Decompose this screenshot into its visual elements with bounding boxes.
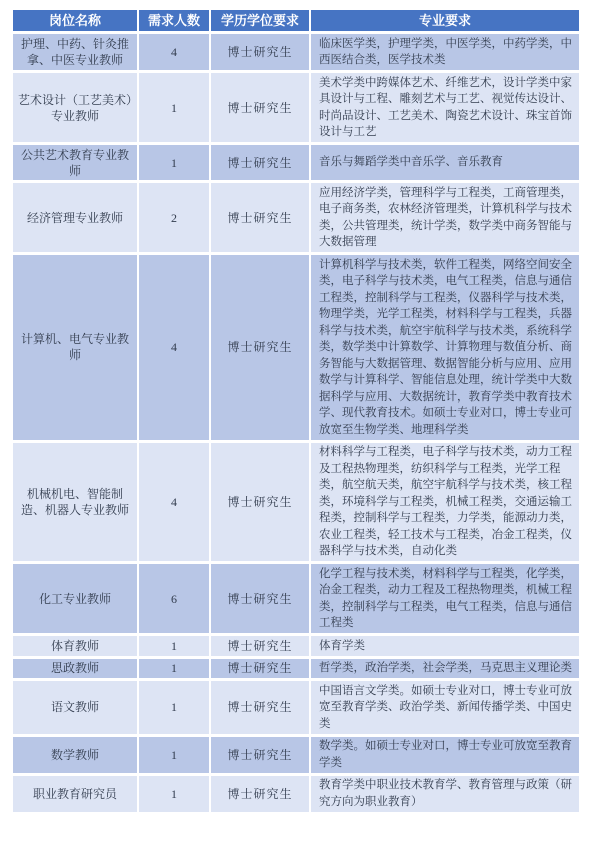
majors-cell: 教育学类中职业技术教育学、教育管理与政策（研究方向为职业教育） bbox=[311, 776, 579, 812]
count-cell: 6 bbox=[139, 564, 209, 633]
count-cell: 1 bbox=[139, 776, 209, 812]
table-row: 体育教师1博士研究生体育学类 bbox=[13, 636, 579, 656]
table-row: 机械机电、智能制造、机器人专业教师4博士研究生材料科学与工程类，电子科学与技术类… bbox=[13, 443, 579, 562]
count-cell: 1 bbox=[139, 636, 209, 656]
table-row: 语文教师1博士研究生中国语言文学类。如硕士专业对口，博士专业可放宽至教育学类、政… bbox=[13, 681, 579, 734]
position-cell: 护理、中药、针灸推拿、中医专业教师 bbox=[13, 34, 137, 70]
degree-cell: 博士研究生 bbox=[211, 776, 309, 812]
position-cell: 机械机电、智能制造、机器人专业教师 bbox=[13, 443, 137, 562]
position-cell: 经济管理专业教师 bbox=[13, 183, 137, 252]
header-majors: 专业要求 bbox=[311, 10, 579, 31]
degree-cell: 博士研究生 bbox=[211, 183, 309, 252]
degree-cell: 博士研究生 bbox=[211, 443, 309, 562]
table-row: 数学教师1博士研究生数学类。如硕士专业对口，博士专业可放宽至教育学类 bbox=[13, 737, 579, 773]
degree-cell: 博士研究生 bbox=[211, 255, 309, 440]
position-cell: 思政教师 bbox=[13, 659, 137, 679]
position-cell: 数学教师 bbox=[13, 737, 137, 773]
count-cell: 1 bbox=[139, 737, 209, 773]
table-row: 职业教育研究员1博士研究生教育学类中职业技术教育学、教育管理与政策（研究方向为职… bbox=[13, 776, 579, 812]
degree-cell: 博士研究生 bbox=[211, 73, 309, 142]
header-count: 需求人数 bbox=[139, 10, 209, 31]
majors-cell: 应用经济学类，管理科学与工程类，工商管理类，电子商务类，农林经济管理类，计算机科… bbox=[311, 183, 579, 252]
count-cell: 1 bbox=[139, 659, 209, 679]
degree-cell: 博士研究生 bbox=[211, 737, 309, 773]
position-cell: 职业教育研究员 bbox=[13, 776, 137, 812]
header-row: 岗位名称 需求人数 学历学位要求 专业要求 bbox=[13, 10, 579, 31]
table-row: 护理、中药、针灸推拿、中医专业教师4博士研究生临床医学类，护理学类，中医学类，中… bbox=[13, 34, 579, 70]
degree-cell: 博士研究生 bbox=[211, 636, 309, 656]
header-degree: 学历学位要求 bbox=[211, 10, 309, 31]
table-header: 岗位名称 需求人数 学历学位要求 专业要求 bbox=[13, 10, 579, 31]
majors-cell: 计算机科学与技术类，软件工程类，网络空间安全类，电子科学与技术类，电气工程类，信… bbox=[311, 255, 579, 440]
position-cell: 语文教师 bbox=[13, 681, 137, 734]
degree-cell: 博士研究生 bbox=[211, 659, 309, 679]
position-cell: 艺术设计（工艺美术）专业教师 bbox=[13, 73, 137, 142]
table-body: 护理、中药、针灸推拿、中医专业教师4博士研究生临床医学类，护理学类，中医学类，中… bbox=[13, 34, 579, 812]
position-cell: 计算机、电气专业教师 bbox=[13, 255, 137, 440]
majors-cell: 材料科学与工程类，电子科学与技术类，动力工程及工程热物理类，纺织科学与工程类，光… bbox=[311, 443, 579, 562]
count-cell: 2 bbox=[139, 183, 209, 252]
degree-cell: 博士研究生 bbox=[211, 564, 309, 633]
majors-cell: 音乐与舞蹈学类中音乐学、音乐教育 bbox=[311, 145, 579, 180]
count-cell: 4 bbox=[139, 443, 209, 562]
table-row: 计算机、电气专业教师4博士研究生计算机科学与技术类，软件工程类，网络空间安全类，… bbox=[13, 255, 579, 440]
count-cell: 1 bbox=[139, 681, 209, 734]
table-row: 经济管理专业教师2博士研究生应用经济学类，管理科学与工程类，工商管理类，电子商务… bbox=[13, 183, 579, 252]
majors-cell: 体育学类 bbox=[311, 636, 579, 656]
majors-cell: 中国语言文学类。如硕士专业对口，博士专业可放宽至教育学类、政治学类、新闻传播学类… bbox=[311, 681, 579, 734]
majors-cell: 哲学类，政治学类，社会学类，马克思主义理论类 bbox=[311, 659, 579, 679]
table-row: 公共艺术教育专业教师1博士研究生音乐与舞蹈学类中音乐学、音乐教育 bbox=[13, 145, 579, 180]
count-cell: 4 bbox=[139, 255, 209, 440]
position-cell: 化工专业教师 bbox=[13, 564, 137, 633]
position-cell: 公共艺术教育专业教师 bbox=[13, 145, 137, 180]
table-row: 艺术设计（工艺美术）专业教师1博士研究生美术学类中跨媒体艺术、纤维艺术，设计学类… bbox=[13, 73, 579, 142]
count-cell: 4 bbox=[139, 34, 209, 70]
majors-cell: 数学类。如硕士专业对口，博士专业可放宽至教育学类 bbox=[311, 737, 579, 773]
degree-cell: 博士研究生 bbox=[211, 681, 309, 734]
majors-cell: 美术学类中跨媒体艺术、纤维艺术，设计学类中家具设计与工程、雕刻艺术与工艺、视觉传… bbox=[311, 73, 579, 142]
table-row: 化工专业教师6博士研究生化学工程与技术类，材料科学与工程类，化学类，冶金工程类，… bbox=[13, 564, 579, 633]
degree-cell: 博士研究生 bbox=[211, 145, 309, 180]
header-position: 岗位名称 bbox=[13, 10, 137, 31]
table-row: 思政教师1博士研究生哲学类，政治学类，社会学类，马克思主义理论类 bbox=[13, 659, 579, 679]
recruitment-table: 岗位名称 需求人数 学历学位要求 专业要求 护理、中药、针灸推拿、中医专业教师4… bbox=[11, 7, 581, 815]
majors-cell: 临床医学类，护理学类，中医学类，中药学类，中西医结合类，医学技术类 bbox=[311, 34, 579, 70]
position-cell: 体育教师 bbox=[13, 636, 137, 656]
count-cell: 1 bbox=[139, 73, 209, 142]
degree-cell: 博士研究生 bbox=[211, 34, 309, 70]
majors-cell: 化学工程与技术类，材料科学与工程类，化学类，冶金工程类，动力工程及工程热物理类，… bbox=[311, 564, 579, 633]
count-cell: 1 bbox=[139, 145, 209, 180]
